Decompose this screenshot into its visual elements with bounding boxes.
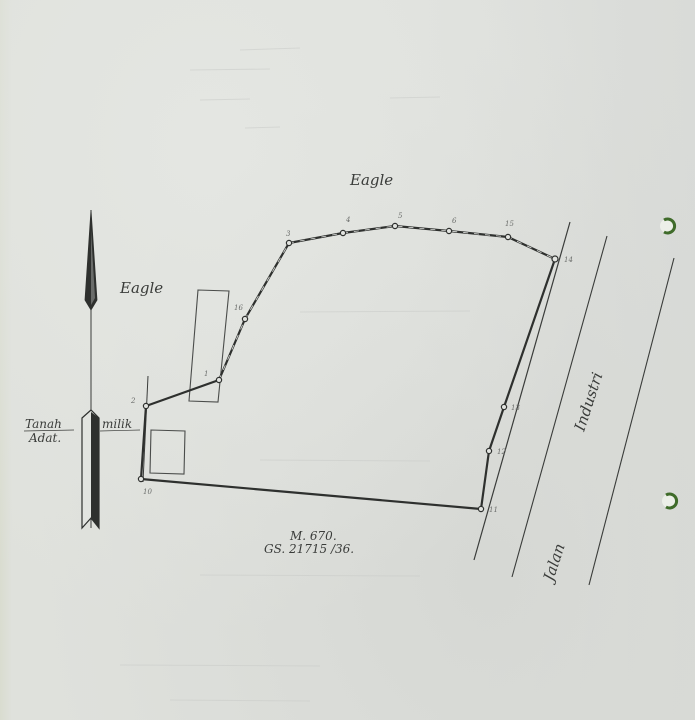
vertex-12	[486, 448, 491, 453]
vertex-6	[446, 228, 451, 233]
vertex-label-14: 14	[564, 256, 573, 264]
survey-sheet: 3 4 5 6 15 14 13 12 11 10 2 1 16 Eagle E…	[0, 0, 695, 720]
punch-hole-top	[660, 219, 675, 233]
vertex-label-2: 2	[130, 397, 136, 405]
road-name-part1: Jalan	[539, 541, 569, 586]
parcel-boundary-dash	[219, 226, 555, 380]
vertex-10	[138, 476, 143, 481]
vertex-11	[478, 506, 483, 511]
west-neighbor-label: Eagle	[119, 279, 163, 297]
vertex-5	[392, 223, 397, 228]
vertex-markers	[138, 223, 558, 511]
vertex-15	[505, 234, 510, 239]
vertex-label-16: 16	[234, 304, 243, 312]
west-boundary-label-line2: Adat.	[28, 431, 61, 445]
vertex-label-15: 15	[505, 220, 514, 228]
vertex-label-1: 1	[204, 370, 208, 378]
vertex-label-10: 10	[143, 488, 152, 496]
vertex-14	[552, 256, 558, 262]
west-boundary-owner-label: milik	[102, 417, 132, 431]
road-edges	[474, 222, 674, 585]
road-edge-outer	[589, 258, 674, 585]
vertex-label-6: 6	[452, 217, 457, 225]
vertex-2	[143, 403, 148, 408]
vertex-13	[501, 404, 506, 409]
vertex-label-11: 11	[489, 506, 498, 514]
vertex-4	[340, 230, 345, 235]
road-name-part2: Industri	[570, 370, 606, 434]
vertex-label-13: 13	[511, 404, 520, 412]
north-neighbor-label: Eagle	[349, 171, 393, 189]
vertex-16	[242, 316, 247, 321]
vertex-1	[216, 377, 221, 382]
south-ref-line2: GS. 21715 /36.	[264, 542, 354, 556]
survey-drawing: 3 4 5 6 15 14 13 12 11 10 2 1 16 Eagle E…	[0, 0, 695, 720]
north-arrow-icon	[82, 210, 99, 528]
vertex-label-12: 12	[497, 448, 506, 456]
south-ref-line1: M. 670.	[289, 529, 337, 543]
west-boundary-label-line1: Tanah	[25, 417, 62, 431]
vertex-labels: 3 4 5 6 15 14 13 12 11 10 2 1 16	[130, 212, 573, 514]
vertex-label-3: 3	[286, 230, 291, 238]
vertex-label-4: 4	[345, 216, 350, 224]
building-tall	[189, 290, 229, 402]
vertex-3	[286, 240, 291, 245]
building-small	[150, 430, 185, 474]
punch-hole-bottom	[662, 494, 677, 508]
vertex-label-5: 5	[398, 212, 403, 220]
parcel-boundary	[141, 226, 555, 509]
bleed-through-marks	[120, 48, 470, 701]
